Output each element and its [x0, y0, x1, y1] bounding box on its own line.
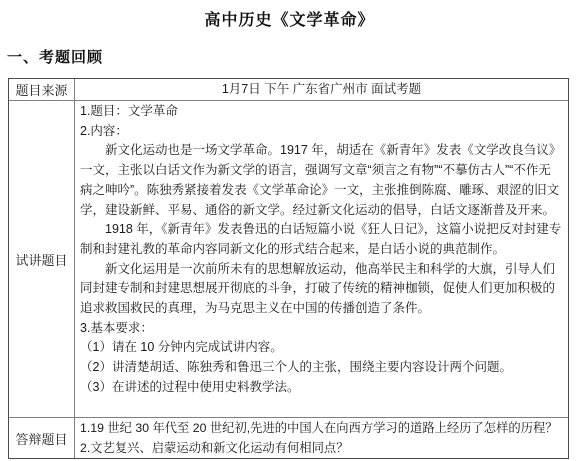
lecture-paragraph: 新文化运用是一次前所未有的思想解放运动，他高举民主和科学的大旗，引导人们同封建专… — [80, 260, 563, 319]
table-row-defense: 答辩题目 1.19 世纪 30 年代至 20 世纪初,先进的中国人在向西方学习的… — [9, 417, 568, 458]
lecture-content-heading: 2.内容： — [80, 122, 563, 142]
defense-question: 2.文艺复兴、启蒙运动和新文化运动有何相同点？ — [80, 438, 563, 458]
source-row-content: 1月7日 下午 广东省广州市 面试考题 — [75, 79, 568, 100]
lecture-paragraph: 新文化运动也是一场文学革命。1917 年，胡适在《新青年》发表《文学改良刍议》一… — [80, 141, 563, 220]
lecture-requirement-item: （3）在讲述的过程中使用史料教学法。 — [80, 378, 563, 398]
lecture-topic-line: 1.题目：文学革命 — [80, 102, 563, 122]
document-page: 高中历史《文学革命》 一、考题回顾 题目来源 1月7日 下午 广东省广州市 面试… — [0, 0, 579, 461]
page-title: 高中历史《文学革命》 — [0, 7, 579, 30]
lecture-row-content: 1.题目：文学革命 2.内容： 新文化运动也是一场文学革命。1917 年，胡适在… — [75, 101, 568, 417]
section-heading: 一、考题回顾 — [7, 46, 103, 67]
table-row-source: 题目来源 1月7日 下午 广东省广州市 面试考题 — [9, 79, 568, 100]
defense-row-label: 答辩题目 — [9, 418, 75, 458]
lecture-row-label: 试讲题目 — [9, 101, 75, 417]
table-row-lecture: 试讲题目 1.题目：文学革命 2.内容： 新文化运动也是一场文学革命。1917 … — [9, 100, 568, 417]
defense-question: 1.19 世纪 30 年代至 20 世纪初,先进的中国人在向西方学习的道路上经历… — [80, 418, 563, 438]
lecture-requirements-heading: 3.基本要求： — [80, 319, 563, 339]
lecture-paragraph: 1918 年，《新青年》发表鲁迅的白话短篇小说《狂人日记》，这篇小说把反对封建专… — [80, 220, 563, 259]
lecture-requirement-item: （2）讲清楚胡适、陈独秀和鲁迅三个人的主张，围绕主要内容设计两个问题。 — [80, 358, 563, 378]
exam-review-table: 题目来源 1月7日 下午 广东省广州市 面试考题 试讲题目 1.题目：文学革命 … — [8, 78, 569, 459]
defense-row-content: 1.19 世纪 30 年代至 20 世纪初,先进的中国人在向西方学习的道路上经历… — [75, 418, 568, 458]
source-row-label: 题目来源 — [9, 79, 75, 100]
lecture-requirement-item: （1）请在 10 分钟内完成试讲内容。 — [80, 338, 563, 358]
